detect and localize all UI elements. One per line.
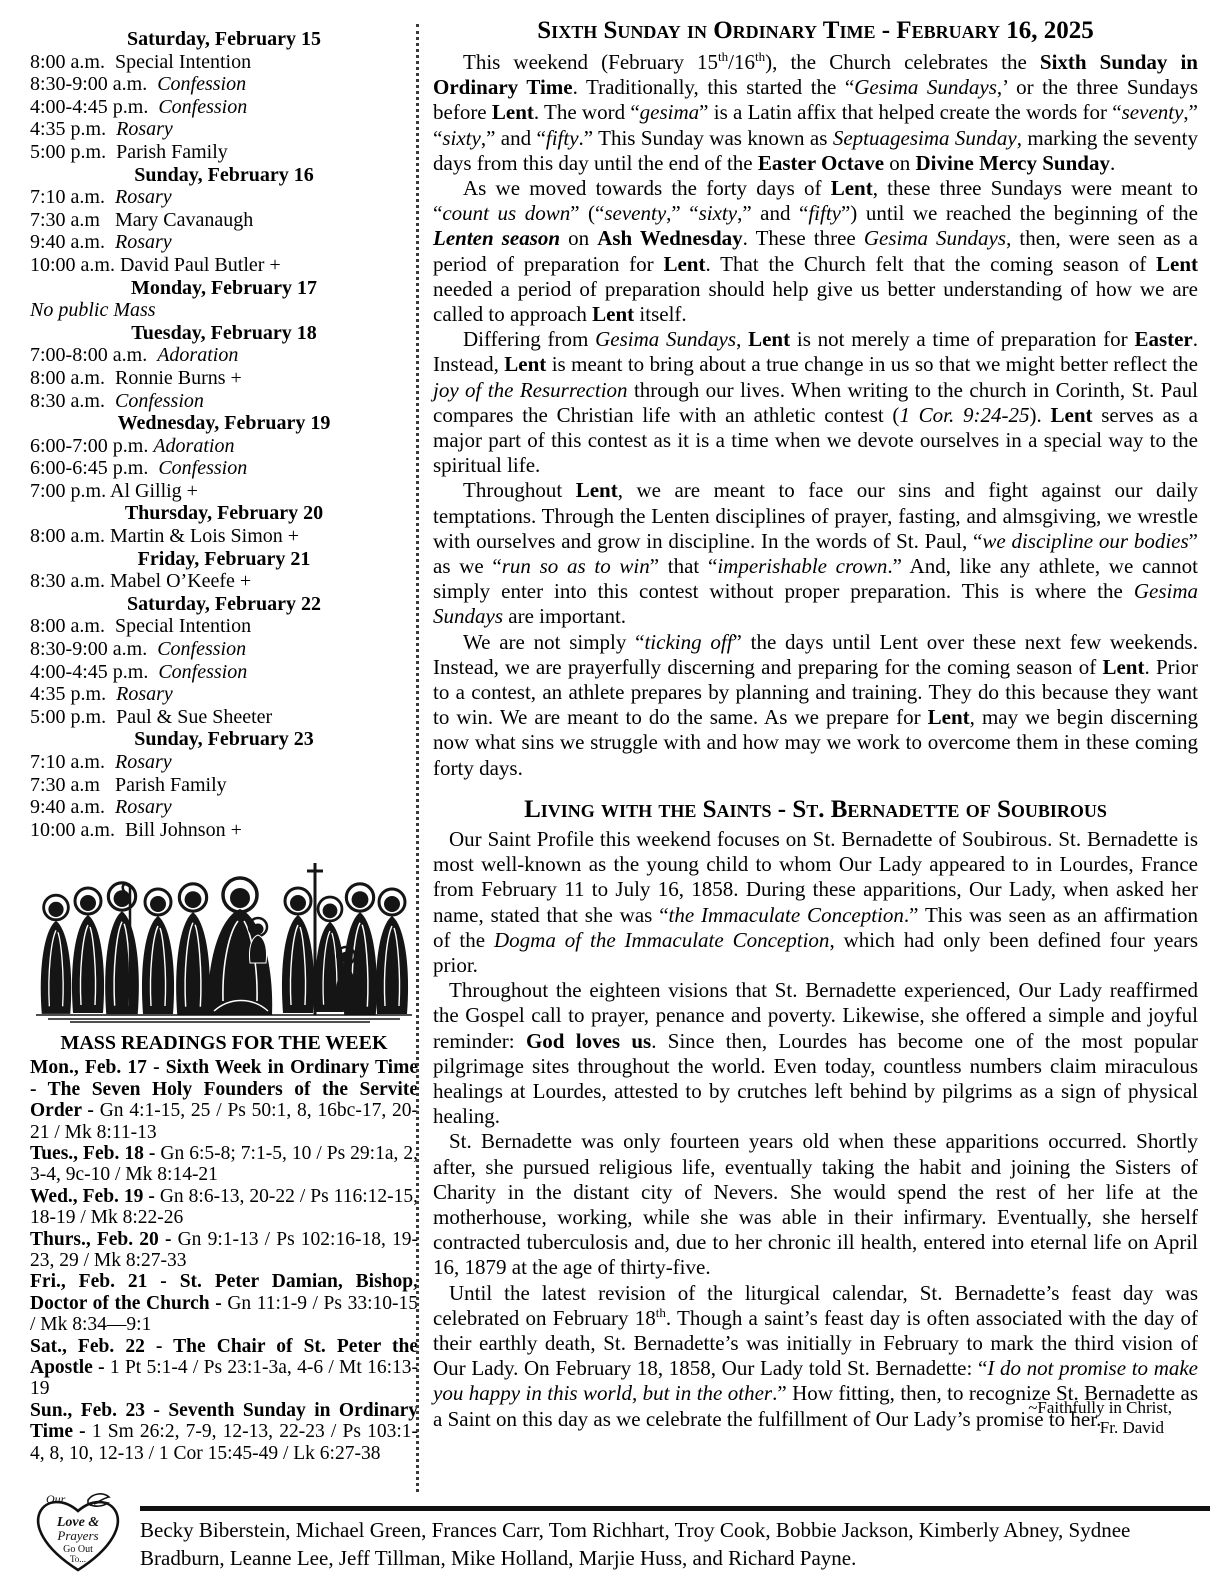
reading-item: Sun., Feb. 23 - Seventh Sunday in Ordina… (30, 1400, 418, 1464)
schedule-line: 4:35 p.m. Rosary (30, 683, 418, 706)
bulletin-page: Saturday, February 15 8:00 a.m. Special … (0, 0, 1224, 1584)
reading-item: Tues., Feb. 18 - Gn 6:5-8; 7:1-5, 10 / P… (30, 1143, 418, 1186)
article1-body: This weekend (February 15th/16th), the C… (433, 50, 1198, 781)
schedule-line: 8:00 a.m. Special Intention (30, 51, 418, 74)
article2-body: Our Saint Profile this weekend focuses o… (433, 827, 1198, 1432)
schedule-line: 10:00 a.m. David Paul Butler + (30, 254, 418, 277)
schedule-line: 7:00-8:00 a.m. Adoration (30, 344, 418, 367)
logo-text-our: Our (46, 1492, 66, 1506)
signature: ~Faithfully in Christ, Fr. David (1028, 1398, 1172, 1438)
schedule-line: Saturday, February 15 (30, 28, 418, 51)
article-paragraph: St. Bernadette was only fourteen years o… (433, 1129, 1198, 1280)
reading-item: Mon., Feb. 17 - Sixth Week in Ordinary T… (30, 1057, 418, 1143)
schedule-line: 5:00 p.m. Parish Family (30, 141, 418, 164)
schedule-line: Sunday, February 23 (30, 728, 418, 751)
article-paragraph: Throughout the eighteen visions that St.… (433, 978, 1198, 1129)
reading-item: Sat., Feb. 22 - The Chair of St. Peter t… (30, 1336, 418, 1400)
schedule-line: Friday, February 21 (30, 548, 418, 571)
mass-readings: MASS READINGS FOR THE WEEK Mon., Feb. 17… (30, 1031, 418, 1464)
schedule-line: 4:35 p.m. Rosary (30, 118, 418, 141)
mass-readings-title: MASS READINGS FOR THE WEEK (30, 1031, 418, 1055)
saints-woodcut-image (30, 851, 418, 1023)
article-paragraph: Differing from Gesima Sundays, Lent​ is … (433, 327, 1198, 478)
article-paragraph: We are not simply “ticking off” the days… (433, 630, 1198, 781)
reading-item: Thurs., Feb. 20 - Gn 9:1-13 / Ps 102:16-… (30, 1229, 418, 1272)
schedule-line: 9:40 a.m. Rosary (30, 231, 418, 254)
article1-title: Sixth Sunday in Ordinary Time - February… (433, 16, 1198, 46)
schedule-line: 8:30 a.m. Mabel O’Keefe + (30, 570, 418, 593)
schedule-line: 8:00 a.m. Ronnie Burns + (30, 367, 418, 390)
schedule-line: Saturday, February 22 (30, 593, 418, 616)
schedule-line: Monday, February 17 (30, 277, 418, 300)
article2-paragraphs: Our Saint Profile this weekend focuses o… (433, 827, 1198, 1432)
schedule-line: 7:30 a.m Parish Family (30, 774, 418, 797)
schedule-line: 5:00 p.m. Paul & Sue Sheeter (30, 706, 418, 729)
schedule-line: 9:40 a.m. Rosary (30, 796, 418, 819)
article-paragraph: This weekend (February 15th/16th), the C… (433, 50, 1198, 176)
reading-item: Fri., Feb. 21 - St. Peter Damian, Bishop… (30, 1271, 418, 1335)
column-divider (416, 24, 419, 1492)
schedule-line: 8:30-9:00 a.m. Confession (30, 73, 418, 96)
article-paragraph: As we moved towards the forty days of Le… (433, 176, 1198, 327)
schedule-line: 8:00 a.m. Martin & Lois Simon + (30, 525, 418, 548)
article-paragraph: Throughout Lent, we are meant to face ou… (433, 478, 1198, 629)
schedule-line: 8:30 a.m. Confession (30, 390, 418, 413)
schedule-line: 10:00 a.m. Bill Johnson + (30, 819, 418, 842)
left-column: Saturday, February 15 8:00 a.m. Special … (30, 28, 418, 1464)
schedule-line: 4:00-4:45 p.m. Confession (30, 661, 418, 684)
schedule-line: 6:00-7:00 p.m. Adoration (30, 435, 418, 458)
article-paragraph: Our Saint Profile this weekend focuses o… (433, 827, 1198, 978)
schedule-line: 7:00 p.m. Al Gillig + (30, 480, 418, 503)
schedule-line: 8:30-9:00 a.m. Confession (30, 638, 418, 661)
schedule-line: 8:00 a.m. Special Intention (30, 615, 418, 638)
schedule-line: 7:10 a.m. Rosary (30, 751, 418, 774)
logo-text-to: To... (70, 1554, 86, 1564)
schedule-line: Thursday, February 20 (30, 502, 418, 525)
schedule-line: Wednesday, February 19 (30, 412, 418, 435)
footer: Our Love & Prayers Go Out To... Becky Bi… (28, 1490, 1210, 1582)
prayer-names: Becky Biberstein, Michael Green, Frances… (140, 1516, 1210, 1572)
schedule-line: Tuesday, February 18 (30, 322, 418, 345)
right-column: Sixth Sunday in Ordinary Time - February… (433, 16, 1198, 1432)
footer-rule (140, 1506, 1210, 1511)
readings-list: Mon., Feb. 17 - Sixth Week in Ordinary T… (30, 1057, 418, 1464)
schedule-line: 4:00-4:45 p.m. Confession (30, 96, 418, 119)
mass-schedule: Saturday, February 15 8:00 a.m. Special … (30, 28, 418, 841)
logo-text-prayers: Prayers (56, 1528, 98, 1543)
reading-item: Wed., Feb. 19 - Gn 8:6-13, 20-22 / Ps 11… (30, 1186, 418, 1229)
schedule-line: 7:10 a.m. Rosary (30, 186, 418, 209)
love-prayers-heart-logo: Our Love & Prayers Go Out To... (30, 1490, 126, 1578)
article2-title: Living with the Saints - St. Bernadette … (433, 795, 1198, 825)
schedule-line: Sunday, February 16 (30, 164, 418, 187)
schedule-line: 7:30 a.m Mary Cavanaugh (30, 209, 418, 232)
signature-line: ~Faithfully in Christ, (1028, 1398, 1172, 1418)
schedule-line: No public Mass (30, 299, 418, 322)
schedule-line: 6:00-6:45 p.m. Confession (30, 457, 418, 480)
signature-name: Fr. David (1028, 1418, 1172, 1438)
